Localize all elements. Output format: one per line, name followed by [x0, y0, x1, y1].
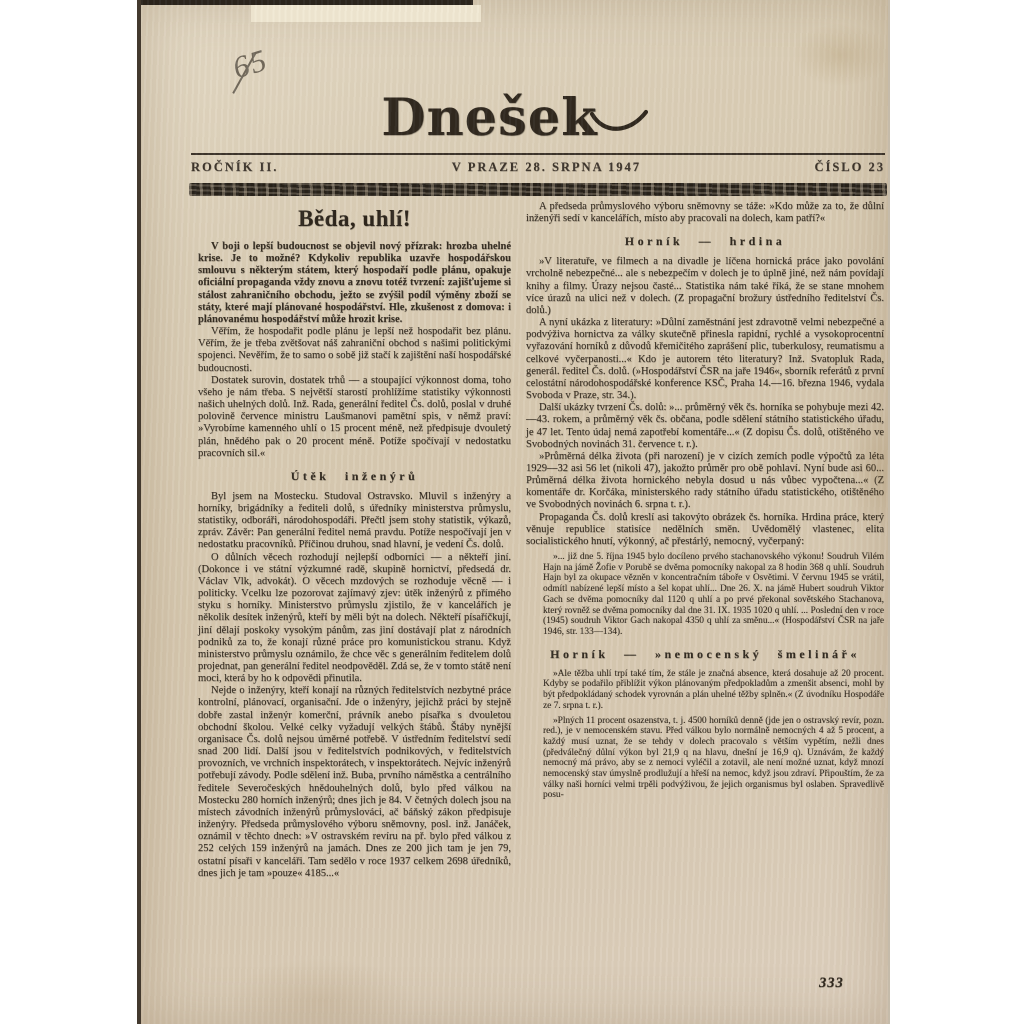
col2-paragraph-2: »V literatuře, ve filmech a na divadle j…	[526, 256, 884, 317]
underlying-paper-strip	[251, 5, 481, 22]
col2-paragraph-3: A nyní ukázka z literatury: »Důlní zaměs…	[526, 317, 884, 402]
col1-paragraph-3: Dostatek surovin, dostatek trhů — a stou…	[198, 375, 511, 460]
col1-paragraph-6: Nejde o inženýry, kteří konají na různýc…	[198, 685, 511, 880]
section-heading-utek-inzenyru: Útěk inženýrů	[198, 469, 511, 484]
col1-paragraph-2: Věřím, že hospodařit podle plánu je lepš…	[198, 326, 511, 375]
volume-label: ROČNÍK II.	[191, 160, 278, 175]
col2-quote-absence: »Ale těžba uhlí trpí také tím, že stále …	[543, 669, 884, 712]
page-number: 333	[819, 975, 844, 992]
col2-quote-stachanov: »... již dne 5. října 1945 bylo docíleno…	[543, 552, 884, 638]
scanned-newspaper-page: 65 Dnešek ROČNÍK II. V PRAZE 28. SRPNA 1…	[137, 0, 890, 1024]
masthead: Dnešek	[141, 88, 888, 148]
masthead-swash-icon	[590, 109, 648, 137]
header-black-bar	[189, 183, 887, 196]
col1-paragraph-5: O důlních věcech rozhodují nejlepší odbo…	[198, 552, 511, 686]
col1-paragraph-4: Byl jsem na Mostecku. Studoval Ostravsko…	[198, 491, 511, 552]
col1-paragraph-1: V boji o lepší budoucnost se objevil nov…	[198, 241, 511, 326]
section-heading-hornik-hrdina: Horník — hrdina	[526, 234, 884, 249]
article-title: Běda, uhlí!	[198, 206, 511, 232]
col2-paragraph-6: Propaganda Čs. dolů kreslí asi takovýto …	[526, 512, 884, 548]
header-rule	[191, 153, 885, 155]
col2-paragraph-4: Další ukázky tvrzení Čs. dolů: »... prům…	[526, 402, 884, 451]
section-heading-hornik-smelinar: Horník — »nemocenský šmelinář«	[526, 647, 884, 662]
masthead-title: Dnešek	[381, 88, 597, 148]
article-column-right: A předseda průmyslového výboru sněmovny …	[526, 201, 884, 805]
col2-paragraph-1: A předseda průmyslového výboru sněmovny …	[526, 201, 884, 225]
issue-label: ČÍSLO 23	[814, 160, 885, 175]
col2-quote-nemocensky-stav: »Plných 11 procent osazenstva, t. j. 450…	[543, 716, 884, 802]
dateline-label: V PRAZE 28. SRPNA 1947	[452, 160, 641, 175]
col2-paragraph-5: »Průměrná délka života (při narození) je…	[526, 451, 884, 512]
handwritten-pencil-note: 65	[229, 42, 273, 87]
article-column-left: Běda, uhlí! V boji o lepší budoucnost se…	[198, 206, 511, 880]
header-info-row: ROČNÍK II. V PRAZE 28. SRPNA 1947 ČÍSLO …	[191, 160, 885, 175]
